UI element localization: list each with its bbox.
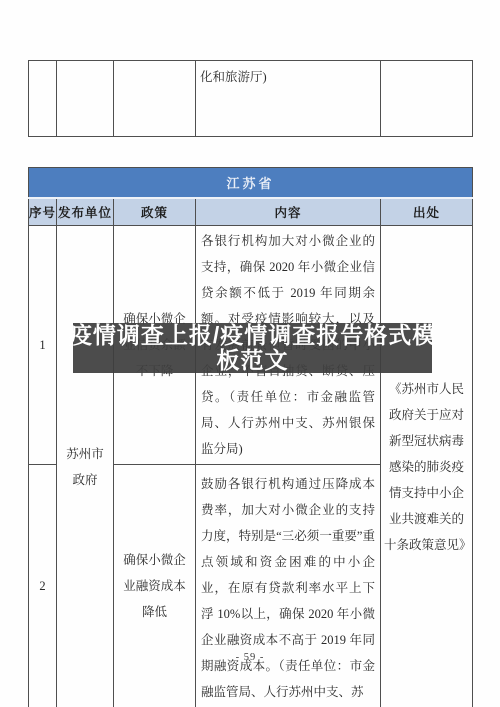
row2-content: 鼓励各银行机构通过压降成本费率，加大对小微企业的支持力度，特别是“三必须一重要”… [196, 465, 381, 707]
row1-index: 1 [29, 226, 57, 465]
top-table-cell-source [381, 61, 473, 137]
top-table-cell-publisher [57, 61, 114, 137]
table-region-header: 江苏省 [29, 168, 473, 198]
row2-index: 2 [29, 465, 57, 707]
col-header-index: 序号 [29, 198, 57, 226]
document-page: 化和旅游厅) 江苏省 序号 发布单位 政策 内容 出处 1 苏州市政府 确保小微… [0, 0, 500, 707]
row2-policy: 确保小微企业融资成本降低 [114, 465, 196, 707]
col-header-source: 出处 [381, 198, 473, 226]
overlay-title-line-2: 板范文 [217, 348, 289, 373]
top-table-cell-policy [114, 61, 196, 137]
publisher-cell: 苏州市政府 [57, 226, 114, 707]
source-cell: 《苏州市人民政府关于应对新型冠状病毒感染的肺炎疫情支持中小企业共渡难关的十条政策… [381, 226, 473, 707]
col-header-policy: 政策 [114, 198, 196, 226]
col-header-content: 内容 [196, 198, 381, 226]
top-table-cell-index [29, 61, 57, 137]
jiangsu-policy-table: 江苏省 序号 发布单位 政策 内容 出处 1 苏州市政府 确保小微企业信贷余额不… [28, 167, 473, 707]
overlay-title-line-1: 疫情调查上报/疫情调查报告格式模 [69, 323, 436, 348]
top-table-cell-content: 化和旅游厅) [196, 61, 381, 137]
col-header-publisher: 发布单位 [57, 198, 114, 226]
title-overlay-banner: 疫情调查上报/疫情调查报告格式模 板范文 [73, 323, 432, 373]
previous-table-fragment: 化和旅游厅) [28, 60, 473, 137]
page-number: - 59 - [0, 652, 500, 663]
